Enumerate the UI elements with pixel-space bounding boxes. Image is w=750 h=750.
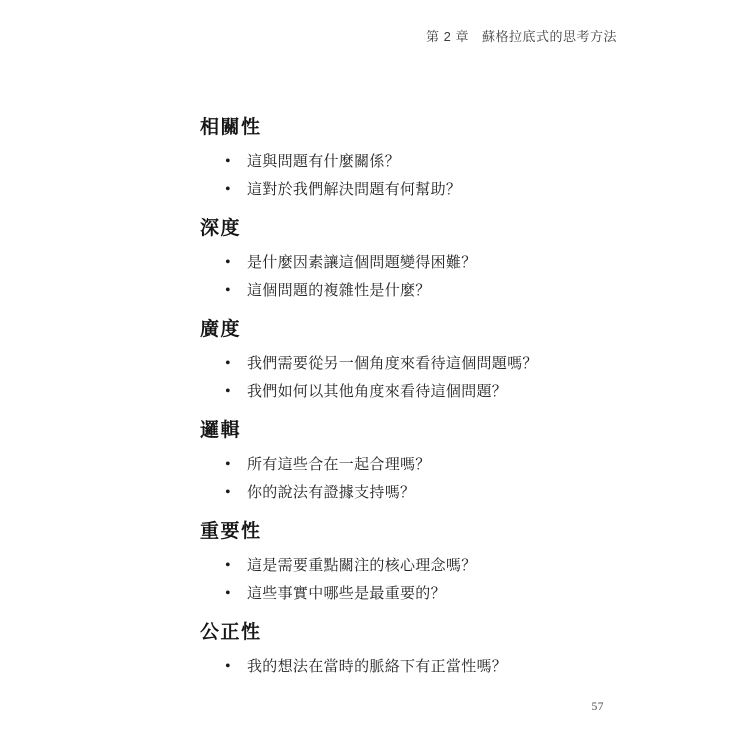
section-depth: 深度 是什麼因素讓這個問題變得困難？ 這個問題的複雜性是什麼？ xyxy=(200,218,640,305)
question-item: 這對於我們解決問題有何幫助？ xyxy=(200,176,640,204)
question-item: 這個問題的複雜性是什麼？ xyxy=(200,277,640,305)
section-heading: 邏輯 xyxy=(200,420,640,442)
section-breadth: 廣度 我們需要從另一個角度來看待這個問題嗎？ 我們如何以其他角度來看待這個問題？ xyxy=(200,319,640,406)
question-item: 我們如何以其他角度來看待這個問題？ xyxy=(200,378,640,406)
book-page: 第 2 章蘇格拉底式的思考方法 相關性 這與問題有什麼關係？ 這對於我們解決問題… xyxy=(0,0,750,750)
question-item: 這與問題有什麼關係？ xyxy=(200,148,640,176)
section-importance: 重要性 這是需要重點關注的核心理念嗎？ 這些事實中哪些是最重要的？ xyxy=(200,521,640,608)
question-list: 我的想法在當時的脈絡下有正當性嗎？ xyxy=(200,653,640,681)
page-number: 57 xyxy=(592,700,605,714)
question-list: 這與問題有什麼關係？ 這對於我們解決問題有何幫助？ xyxy=(200,148,640,204)
running-header: 第 2 章蘇格拉底式的思考方法 xyxy=(426,29,617,45)
section-heading: 相關性 xyxy=(200,117,640,139)
chapter-title: 蘇格拉底式的思考方法 xyxy=(482,29,617,44)
question-item: 我們需要從另一個角度來看待這個問題嗎？ xyxy=(200,350,640,378)
section-heading: 重要性 xyxy=(200,521,640,543)
question-list: 我們需要從另一個角度來看待這個問題嗎？ 我們如何以其他角度來看待這個問題？ xyxy=(200,350,640,406)
section-heading: 深度 xyxy=(200,218,640,240)
question-item: 你的說法有證據支持嗎？ xyxy=(200,479,640,507)
question-list: 是什麼因素讓這個問題變得困難？ 這個問題的複雜性是什麼？ xyxy=(200,249,640,305)
question-list: 所有這些合在一起合理嗎？ 你的說法有證據支持嗎？ xyxy=(200,451,640,507)
question-list: 這是需要重點關注的核心理念嗎？ 這些事實中哪些是最重要的？ xyxy=(200,552,640,608)
section-heading: 公正性 xyxy=(200,622,640,644)
section-fairness: 公正性 我的想法在當時的脈絡下有正當性嗎？ xyxy=(200,622,640,681)
section-logic: 邏輯 所有這些合在一起合理嗎？ 你的說法有證據支持嗎？ xyxy=(200,420,640,507)
page-content: 相關性 這與問題有什麼關係？ 這對於我們解決問題有何幫助？ 深度 是什麼因素讓這… xyxy=(200,117,640,695)
question-item: 我的想法在當時的脈絡下有正當性嗎？ xyxy=(200,653,640,681)
section-heading: 廣度 xyxy=(200,319,640,341)
question-item: 是什麼因素讓這個問題變得困難？ xyxy=(200,249,640,277)
section-relevance: 相關性 這與問題有什麼關係？ 這對於我們解決問題有何幫助？ xyxy=(200,117,640,204)
chapter-label: 第 2 章 xyxy=(426,29,469,44)
question-item: 這是需要重點關注的核心理念嗎？ xyxy=(200,552,640,580)
question-item: 所有這些合在一起合理嗎？ xyxy=(200,451,640,479)
question-item: 這些事實中哪些是最重要的？ xyxy=(200,580,640,608)
